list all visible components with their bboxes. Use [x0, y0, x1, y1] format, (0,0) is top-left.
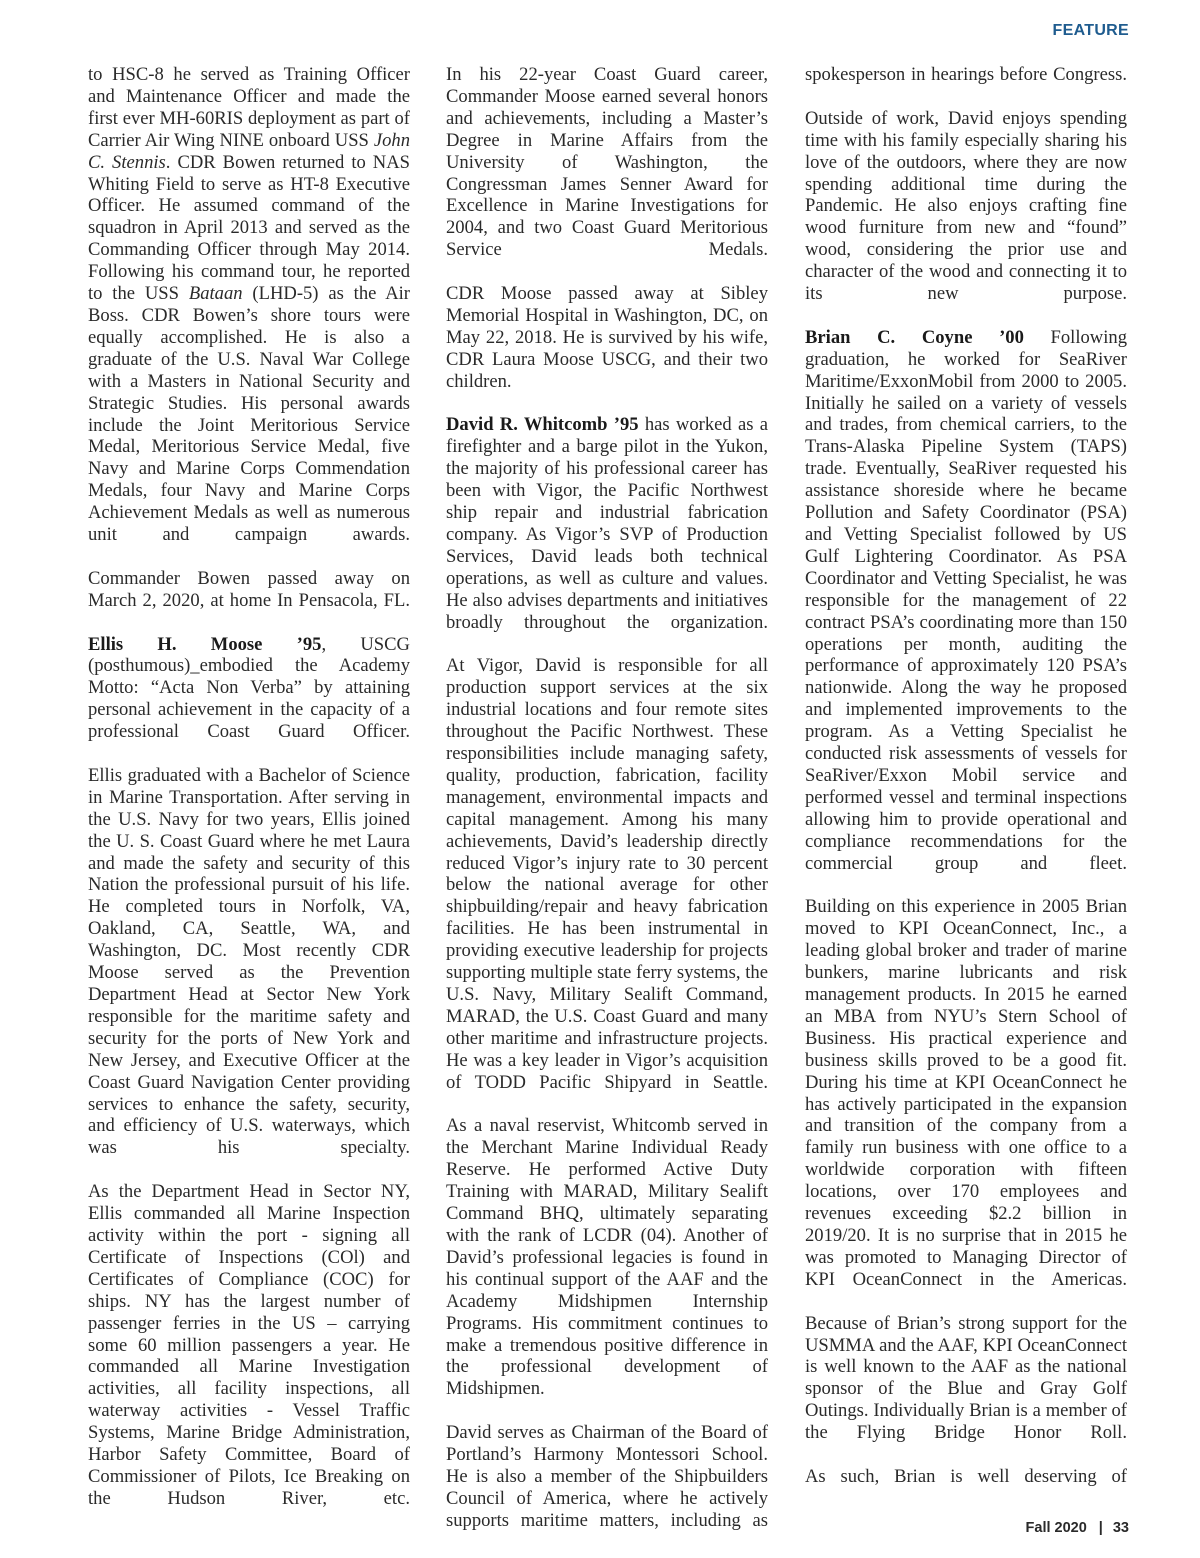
paragraph-text: In his 22-year Coast Guard career, Comma…	[446, 64, 768, 260]
article-paragraph: Ellis graduated with a Bachelor of Scien…	[88, 765, 410, 1159]
article-paragraph: At Vigor, David is responsible for all p…	[446, 655, 768, 1093]
paragraph-text: As such, Brian is well deserving of	[805, 1466, 1127, 1487]
person-name: Brian C. Coyne ’00	[805, 327, 1024, 348]
footer-separator: |	[1099, 1520, 1103, 1536]
paragraph-text: Outside of work, David enjoys spending t…	[805, 108, 1127, 304]
paragraph-text: At Vigor, David is responsible for all p…	[446, 655, 768, 1092]
issue-label: Fall 2020	[1026, 1520, 1087, 1536]
article-paragraph: In his 22-year Coast Guard career, Comma…	[446, 64, 768, 261]
paragraph-text: David serves as Chairman of the Board of…	[446, 1422, 768, 1531]
paragraph-text: Because of Brian’s strong support for th…	[805, 1313, 1127, 1444]
article-paragraph: CDR Moose passed away at Sibley Memorial…	[446, 283, 768, 393]
article-paragraph: As a naval reservist, Whitcomb served in…	[446, 1115, 768, 1400]
paragraph-text: spokesperson in hearings before Congress…	[805, 64, 1127, 85]
paragraph-text: Following graduation, he worked for SeaR…	[805, 327, 1127, 874]
article-paragraph: As the Department Head in Sector NY, Ell…	[88, 1181, 410, 1510]
article-paragraph: Outside of work, David enjoys spending t…	[805, 108, 1127, 305]
paragraph-text: CDR Moose passed away at Sibley Memorial…	[446, 283, 768, 392]
article-column-3: spokesperson in hearings before Congress…	[805, 64, 1127, 1510]
article-paragraph: Ellis H. Moose ’95, USCG (posthumous)_em…	[88, 634, 410, 744]
article-paragraph: to HSC-8 he served as Training Officer a…	[88, 64, 410, 546]
article-paragraph: David R. Whitcomb ’95 has worked as a fi…	[446, 414, 768, 633]
paragraph-text: Building on this experience in 2005 Bria…	[805, 896, 1127, 1289]
paragraph-text: Ellis graduated with a Bachelor of Scien…	[88, 765, 410, 1158]
page-number: 33	[1113, 1520, 1129, 1536]
article-paragraph: Because of Brian’s strong support for th…	[805, 1313, 1127, 1444]
article-paragraph: spokesperson in hearings before Congress…	[805, 64, 1127, 86]
paragraph-text: to HSC-8 he served as Training Officer a…	[88, 64, 410, 151]
ship-name: Bataan	[189, 283, 243, 304]
paragraph-text: (LHD-5) as the Air Boss. CDR Bowen’s sho…	[88, 283, 410, 545]
paragraph-text: has worked as a firefighter and a barge …	[446, 414, 768, 632]
person-name: Ellis H. Moose ’95	[88, 634, 321, 655]
section-label: FEATURE	[1053, 22, 1129, 40]
paragraph-text: As the Department Head in Sector NY, Ell…	[88, 1181, 410, 1509]
person-name: David R. Whitcomb ’95	[446, 414, 639, 435]
paragraph-text: Commander Bowen passed away on March 2, …	[88, 568, 410, 611]
page-footer: Fall 2020|33	[1026, 1520, 1129, 1536]
article-paragraph: As such, Brian is well deserving of	[805, 1466, 1127, 1488]
article-column-2: In his 22-year Coast Guard career, Comma…	[446, 64, 768, 1554]
article-paragraph: Brian C. Coyne ’00 Following graduation,…	[805, 327, 1127, 875]
article-paragraph: David serves as Chairman of the Board of…	[446, 1422, 768, 1532]
paragraph-text: . CDR Bowen returned to NAS Whiting Fiel…	[88, 152, 410, 304]
article-column-1: to HSC-8 he served as Training Officer a…	[88, 64, 410, 1532]
paragraph-text: As a naval reservist, Whitcomb served in…	[446, 1115, 768, 1399]
article-paragraph: Building on this experience in 2005 Bria…	[805, 896, 1127, 1290]
article-paragraph: Commander Bowen passed away on March 2, …	[88, 568, 410, 612]
